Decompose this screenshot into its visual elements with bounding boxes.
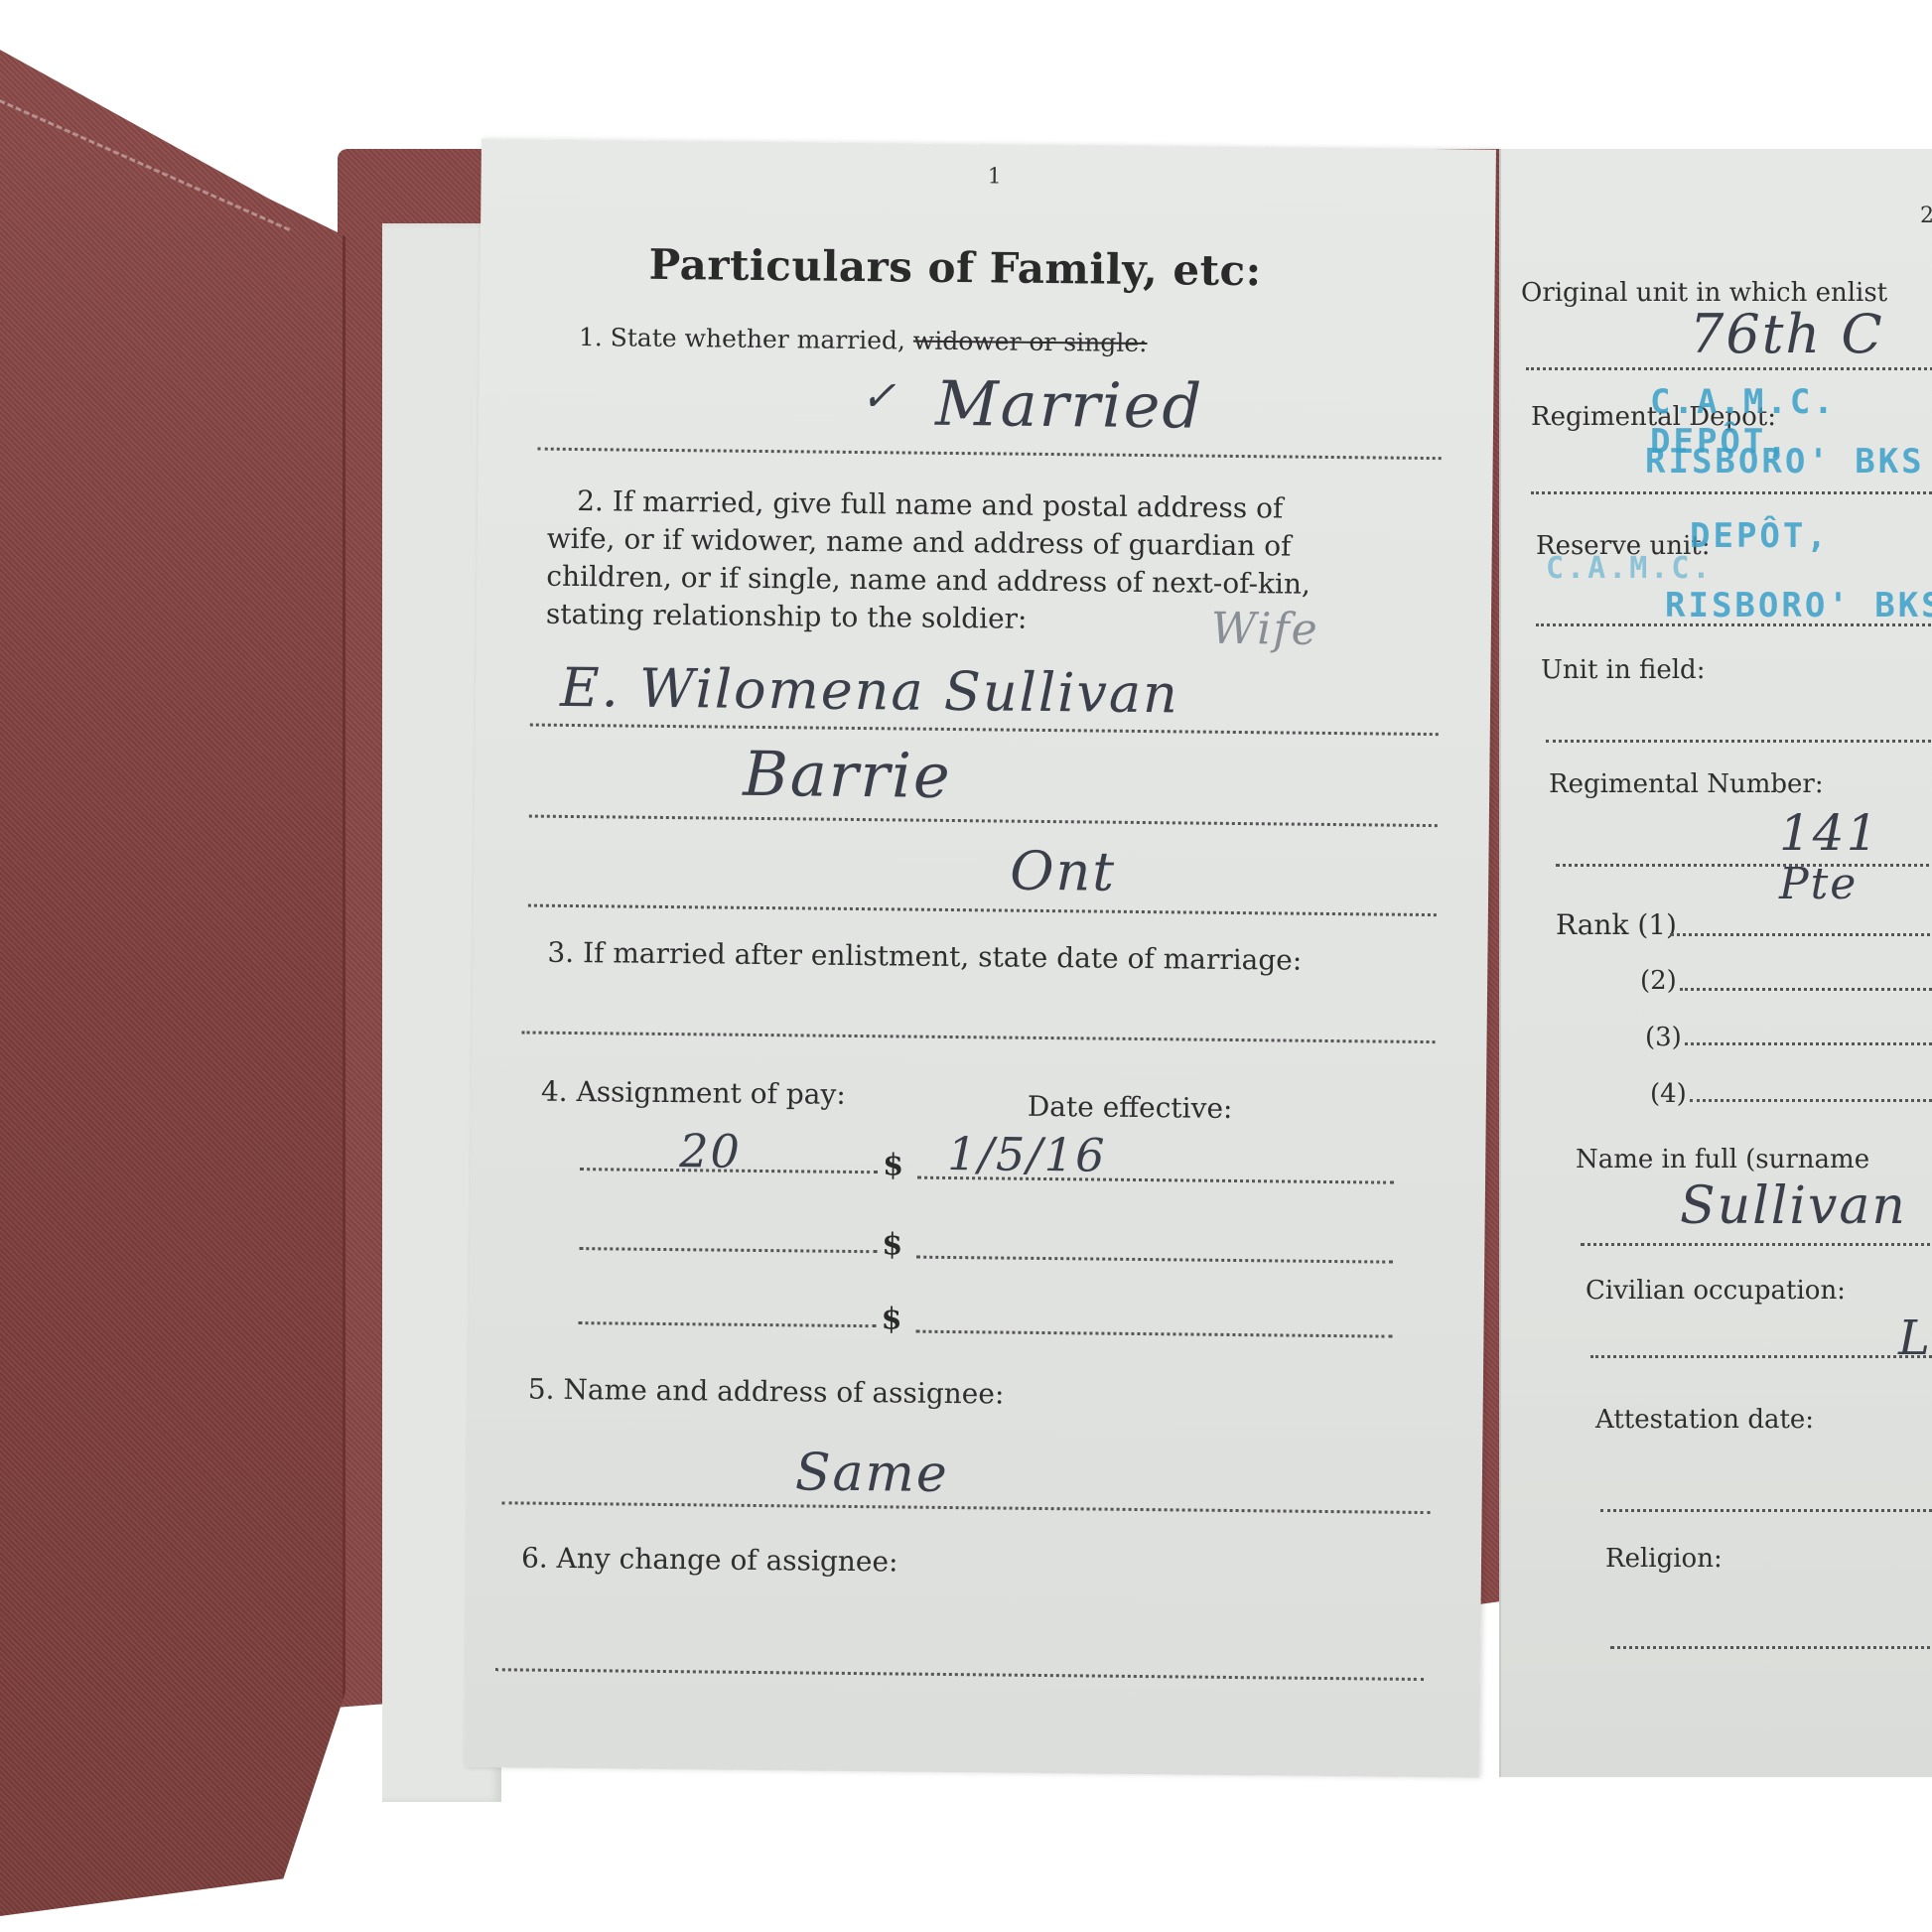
q2-label: 2. If married, give full name and postal…	[546, 483, 1461, 643]
q5-answer-line	[502, 1501, 1431, 1514]
regimental-number-line	[1556, 864, 1932, 867]
rank-2-line	[1680, 988, 1932, 991]
reserve-unit-stamp-line-1: DEPÔT,	[1690, 516, 1830, 556]
field-original-unit-value: 76th C	[1690, 303, 1884, 365]
unit-in-field-line	[1546, 740, 1932, 743]
q1-answer-line	[538, 448, 1442, 461]
reserve-unit-line	[1536, 623, 1932, 626]
field-regimental-number-label: Regimental Number:	[1549, 769, 1824, 799]
field-name-in-full-value: Sullivan	[1680, 1176, 1907, 1236]
q4-amount-line-2	[579, 1247, 877, 1253]
field-rank-1-label: Rank (1)	[1556, 908, 1677, 941]
page-number: 2	[1920, 204, 1932, 228]
dollar-sign-2: $	[882, 1227, 902, 1262]
cover-stitching	[0, 99, 290, 232]
q3-label: 3. If married after enlistment, state da…	[547, 934, 1302, 980]
name-in-full-line	[1581, 1243, 1932, 1246]
q3-answer-line	[522, 1031, 1436, 1043]
q4-date-line-2	[916, 1256, 1393, 1264]
rank-4-line	[1690, 1099, 1932, 1102]
dollar-sign-1: $	[883, 1148, 903, 1182]
q4-label: 4. Assignment of pay:	[541, 1073, 846, 1114]
original-unit-line	[1526, 367, 1932, 370]
page-2: 2 Original unit in which enlist 76th C R…	[1499, 149, 1932, 1777]
q4-date-label: Date effective:	[1028, 1088, 1233, 1128]
field-unit-in-field-label: Unit in field:	[1541, 655, 1705, 685]
q2-address-line-1	[529, 815, 1438, 828]
q4-date-1: 1/5/16	[947, 1127, 1107, 1182]
q2-address-line-2	[528, 904, 1437, 917]
q6-label: 6. Any change of assignee:	[521, 1539, 898, 1581]
q1-answer: Married	[935, 367, 1204, 443]
field-name-in-full-label: Name in full (surname	[1576, 1145, 1869, 1174]
field-rank-1-value: Pte	[1779, 859, 1858, 909]
rank-1-line	[1670, 933, 1932, 936]
field-rank-2-label: (2)	[1640, 966, 1677, 996]
field-rank-3-label: (3)	[1645, 1023, 1682, 1052]
field-civilian-occupation-label: Civilian occupation:	[1586, 1276, 1846, 1306]
q4-date-line-3	[915, 1330, 1392, 1338]
q4-amount-line-3	[579, 1321, 877, 1327]
q5-answer: Same	[795, 1443, 949, 1504]
front-cover-flap	[0, 50, 345, 1916]
q1-check-mark: ✓	[861, 371, 898, 420]
regimental-depot-stamp-line-2: RISBORO' BKS	[1645, 442, 1925, 482]
dollar-sign-3: $	[881, 1302, 901, 1336]
q2-wife-name: E. Wilomena Sullivan	[560, 656, 1179, 726]
attestation-date-line	[1600, 1509, 1932, 1512]
page-number: 1	[988, 164, 1002, 189]
q2-address-city: Barrie	[743, 738, 952, 812]
field-religion-label: Religion:	[1605, 1544, 1723, 1574]
civilian-occupation-line	[1590, 1355, 1932, 1358]
field-attestation-date-label: Attestation date:	[1595, 1405, 1814, 1435]
q2-name-line	[530, 724, 1439, 737]
reserve-unit-stamp-line-2: C.A.M.C.	[1546, 551, 1714, 586]
q6-answer-line	[495, 1668, 1424, 1681]
q2-relationship: Wife	[1211, 604, 1319, 655]
q5-label: 5. Name and address of assignee:	[528, 1371, 1005, 1414]
field-rank-4-label: (4)	[1650, 1079, 1687, 1109]
field-regimental-number-value: 141	[1779, 804, 1879, 862]
reserve-unit-stamp-line-3: RISBORO' BKS	[1665, 586, 1932, 625]
rank-3-line	[1685, 1042, 1932, 1045]
religion-line	[1610, 1646, 1932, 1649]
regimental-depot-line	[1531, 491, 1932, 494]
pay-book-photo: 1 Particulars of Family, etc: 1. State w…	[0, 0, 1932, 1932]
q1-label: 1. State whether married, widower or sin…	[579, 319, 1148, 362]
page-1: 1 Particulars of Family, etc: 1. State w…	[465, 139, 1496, 1778]
page-title: Particulars of Family, etc:	[648, 240, 1261, 295]
q2-address-province: Ont	[1010, 840, 1116, 903]
